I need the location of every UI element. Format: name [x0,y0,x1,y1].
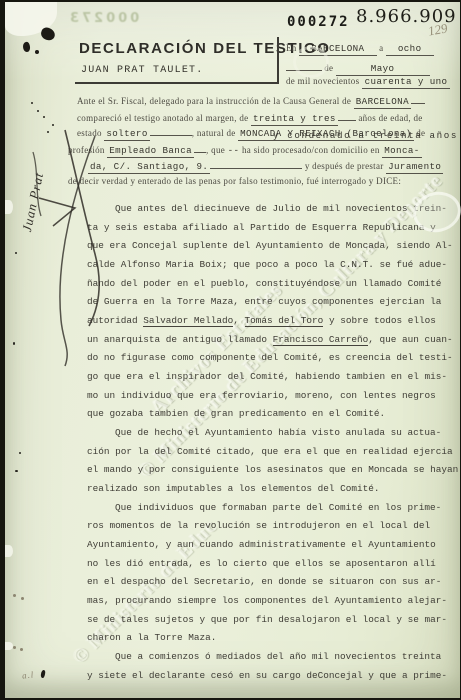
faint-seal-ring [293,46,329,78]
ink-speck [15,470,18,472]
pencil-speck [21,597,24,600]
ink-speck [37,110,39,112]
ink-speck [31,102,33,104]
pencil-annotation: a.l [22,669,35,680]
ink-speck [47,131,49,133]
ink-speck [43,116,45,118]
ink-speck [13,342,15,345]
pencil-speck [20,648,23,651]
ink-speck [35,50,39,54]
pencil-speck [13,594,16,597]
signature-flourish [5,2,461,700]
paper-sheet: Archivos Estatales © Ministerio de Educa… [5,2,460,698]
ink-speck [15,252,17,254]
scanned-document: Archivos Estatales © Ministerio de Educa… [0,0,461,700]
ink-speck [52,124,54,126]
pencil-speck [13,646,16,649]
ink-speck [19,452,21,454]
